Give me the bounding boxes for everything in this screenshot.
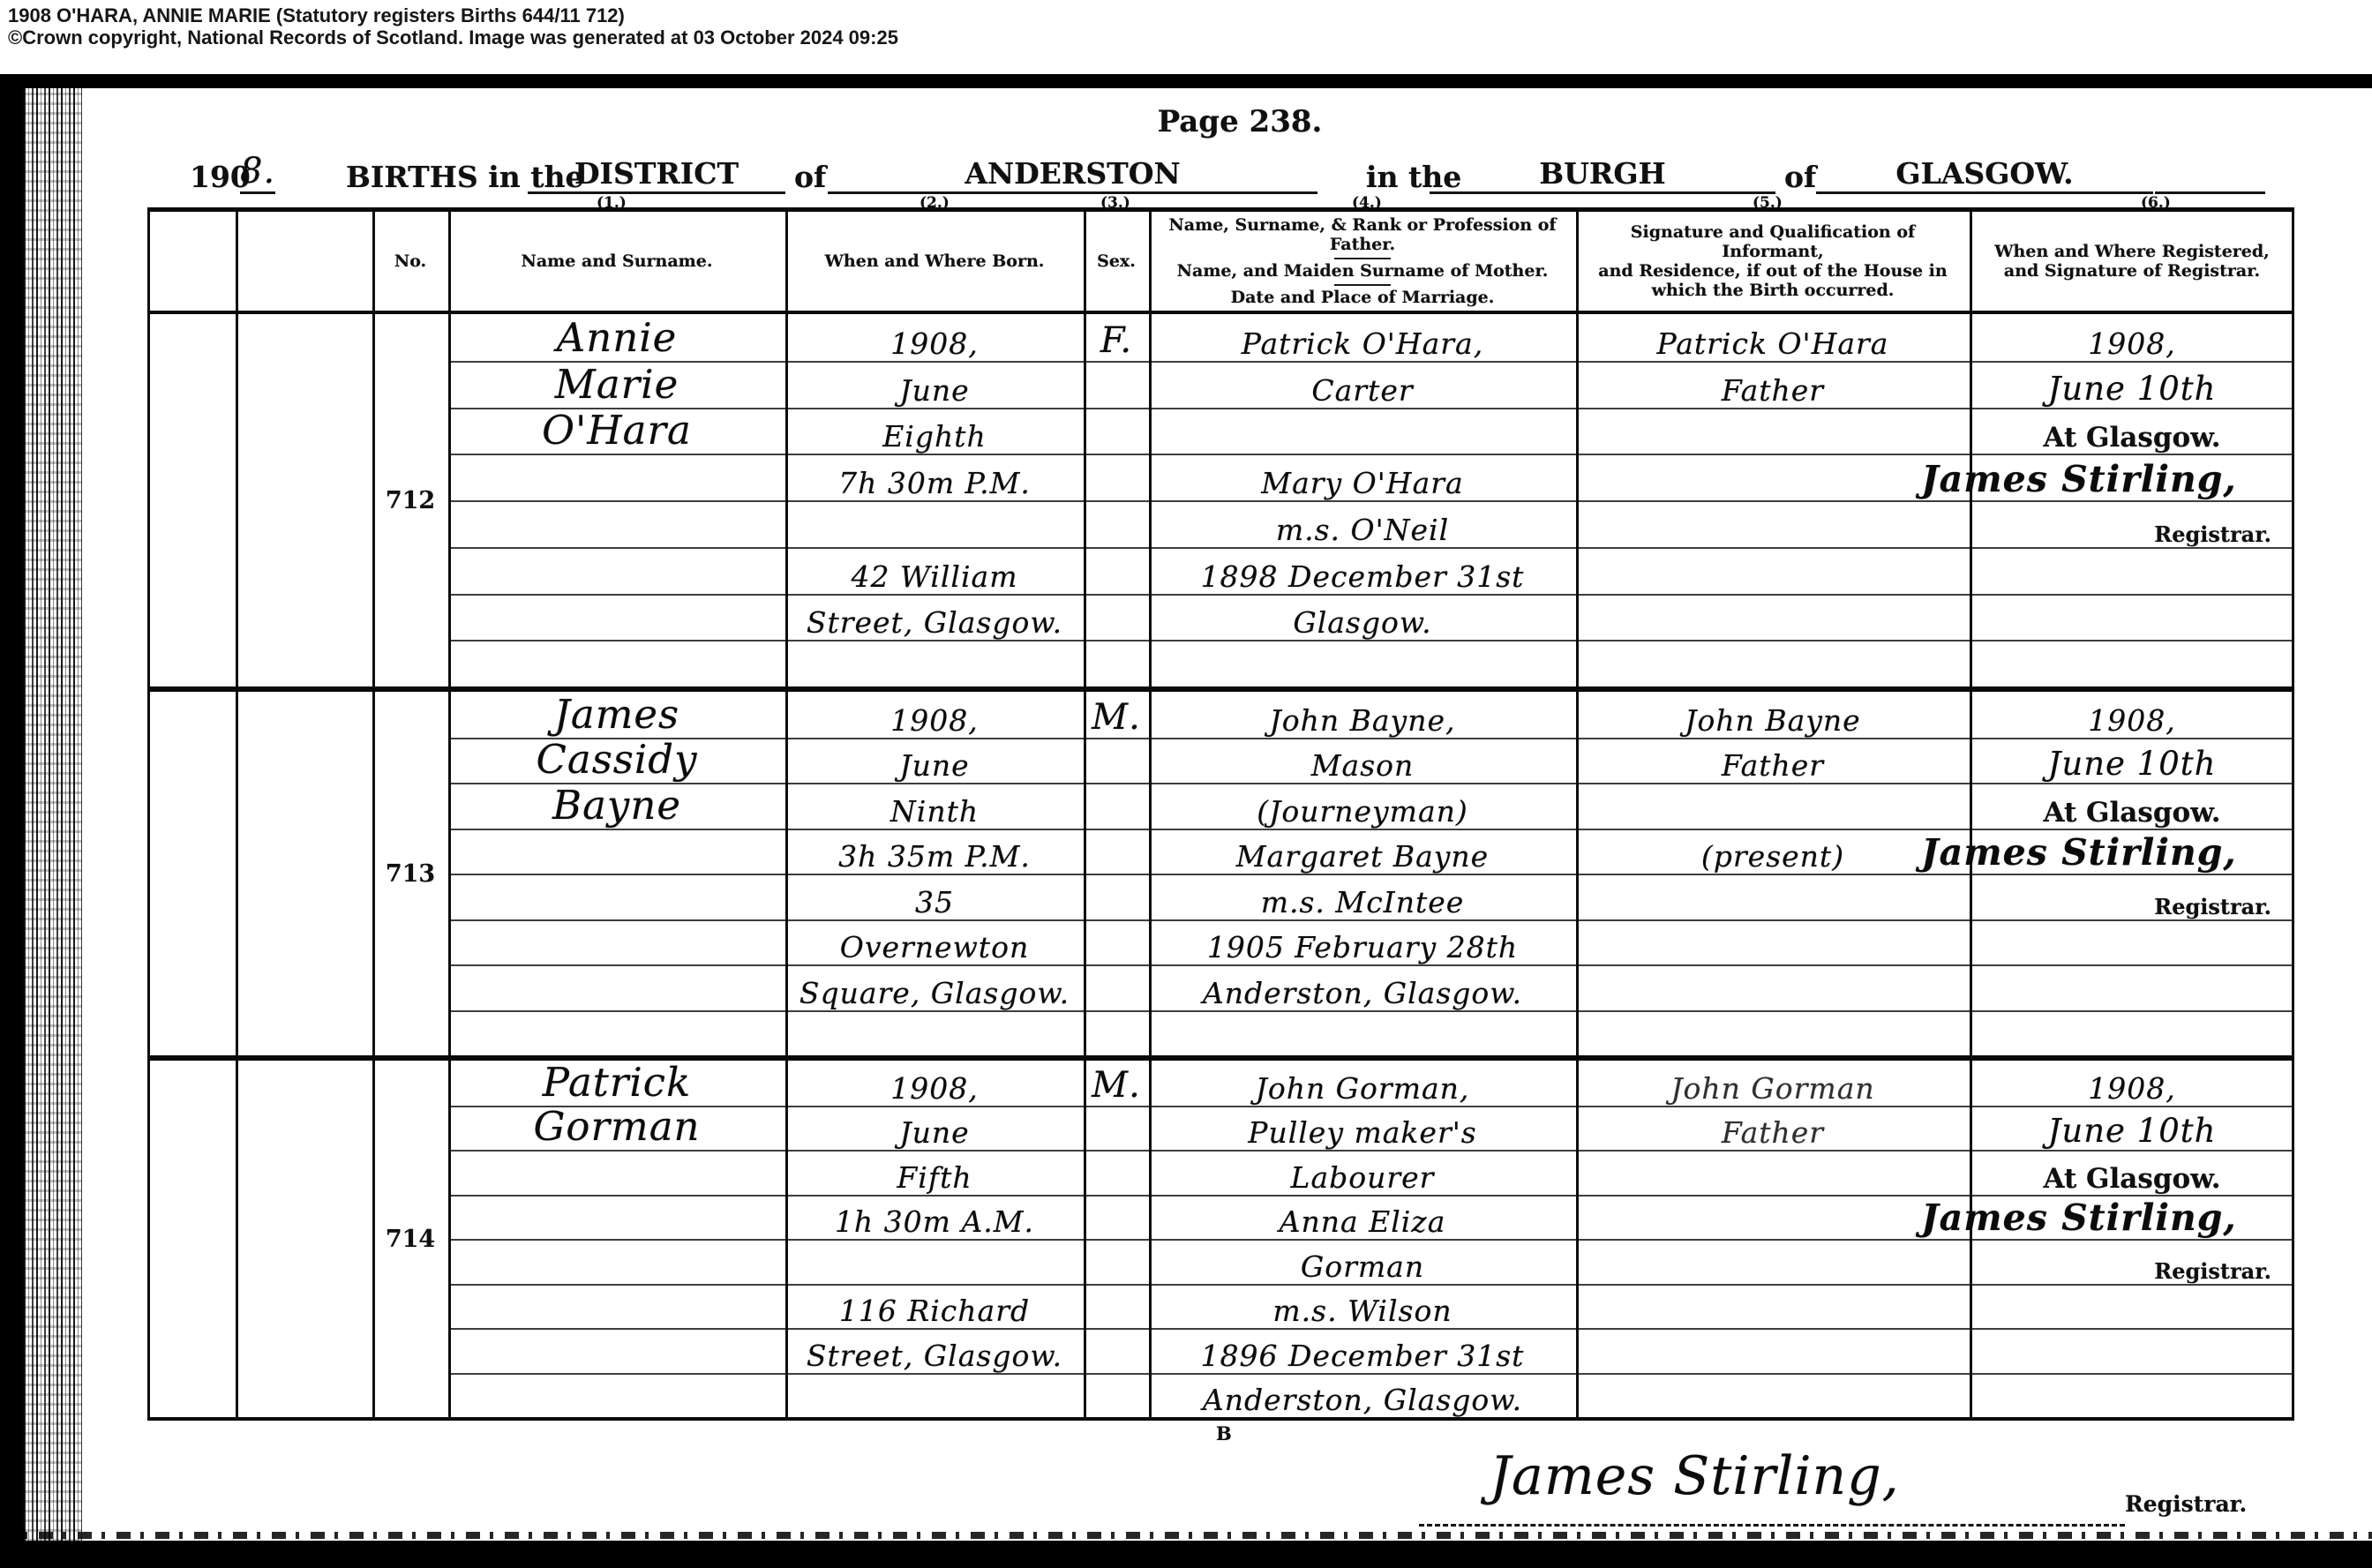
binding-texture: [24, 87, 82, 1542]
registrar-signature: James Stirling,: [1855, 1195, 2303, 1242]
born-line: Street, Glasgow.: [785, 1328, 1084, 1376]
parents-line: Mary O'Hara: [1149, 454, 1576, 503]
parents-line: Pulley maker's: [1149, 1106, 1576, 1153]
registered-line: June 10th: [1970, 1106, 2294, 1153]
parents-cell: John Bayne, Mason (Journeyman) Margaret …: [1149, 692, 1576, 1055]
viewer-copyright: ©Crown copyright, National Records of Sc…: [8, 26, 898, 49]
born-cell: 1908, June Eighth 7h 30m P.M. 42 William…: [785, 314, 1084, 686]
parents-line: John Bayne,: [1149, 692, 1576, 740]
parents-line: m.s. Wilson: [1149, 1284, 1576, 1332]
header-label: When and Where Born.: [825, 251, 1045, 271]
name-line: O'Hara: [448, 408, 785, 457]
register-table: No. Name and Surname. When and Where Bor…: [147, 207, 2294, 1421]
registrar-signature: James Stirling,: [1855, 454, 2303, 503]
name-line: Cassidy: [448, 738, 785, 786]
name-line: Marie: [448, 361, 785, 410]
born-line: 1908,: [785, 692, 1084, 740]
registered-line: At Glasgow.: [1970, 783, 2294, 831]
born-line: 1908,: [785, 1061, 1084, 1108]
title-of-2: of: [1784, 161, 1816, 194]
viewer-title: 1908 O'HARA, ANNIE MARIE (Statutory regi…: [8, 4, 625, 26]
sex-cell: M.: [1084, 692, 1149, 1055]
parents-line: John Gorman,: [1149, 1061, 1576, 1108]
parents-line: m.s. O'Neil: [1149, 500, 1576, 550]
column-header-name: Name and Surname.: [448, 213, 785, 310]
name-line: James: [448, 692, 785, 740]
header-label: Name, and Maiden Surname of Mother.: [1177, 261, 1549, 281]
registered-line: At Glasgow.: [1970, 408, 2294, 457]
sex-value: F.: [1084, 314, 1149, 364]
header-label: and Signature of Registrar.: [2004, 261, 2260, 281]
title-burgh-label: BURGH: [1430, 157, 1775, 194]
page-number: Page 238.: [1134, 104, 1346, 139]
registered-line: 1908,: [1970, 1061, 2294, 1108]
parents-line: Carter: [1149, 361, 1576, 410]
column-header-registered: When and Where Registered, and Signature…: [1974, 213, 2290, 310]
born-line: 42 William: [785, 547, 1084, 596]
born-line: June: [785, 1106, 1084, 1153]
sex-value: M.: [1084, 692, 1149, 740]
registered-cell: 1908, June 10th At Glasgow. James Stirli…: [1970, 314, 2294, 686]
born-line: June: [785, 738, 1084, 786]
column-header-sex: Sex.: [1084, 213, 1149, 310]
name-cell: Patrick Gorman: [448, 1061, 785, 1417]
registrar-label: Registrar.: [1970, 1239, 2294, 1287]
name-line: Patrick: [448, 1061, 785, 1108]
table-border-top: [147, 207, 2294, 212]
parents-line: Gorman: [1149, 1239, 1576, 1287]
header-label: When and Where Registered,: [1994, 242, 2270, 261]
entry-number: 713: [372, 692, 448, 1055]
registered-cell: 1908, June 10th At Glasgow. James Stirli…: [1970, 1061, 2294, 1417]
parents-line: Anderston, Glasgow.: [1149, 1373, 1576, 1421]
name-cell: James Cassidy Bayne: [448, 692, 785, 1055]
title-district-value: ANDERSTON: [828, 157, 1317, 194]
born-line: Street, Glasgow.: [785, 594, 1084, 643]
sex-cell: M.: [1084, 1061, 1149, 1417]
born-line: Overnewton: [785, 919, 1084, 968]
column-header-informant: Signature and Qualification of Informant…: [1580, 213, 1965, 310]
header-label: No.: [394, 251, 426, 271]
registered-line: June 10th: [1970, 361, 2294, 410]
registered-line: At Glasgow.: [1970, 1150, 2294, 1197]
born-line: Fifth: [785, 1150, 1084, 1197]
parents-cell: John Gorman, Pulley maker's Labourer Ann…: [1149, 1061, 1576, 1417]
title-district-label: DISTRICT: [528, 157, 785, 194]
informant-line: Father: [1576, 1106, 1970, 1153]
registrar-label: Registrar.: [1970, 500, 2294, 550]
informant-line: Patrick O'Hara: [1576, 314, 1970, 364]
born-line: 7h 30m P.M.: [785, 454, 1084, 503]
registered-cell: 1908, June 10th At Glasgow. James Stirli…: [1970, 692, 2294, 1055]
register-title: 190 8. BIRTHS in the DISTRICT of ANDERST…: [0, 143, 2372, 194]
title-of-1: of: [794, 161, 826, 194]
registered-line: June 10th: [1970, 738, 2294, 786]
parents-line: 1896 December 31st: [1149, 1328, 1576, 1376]
born-cell: 1908, June Fifth 1h 30m A.M. 116 Richard…: [785, 1061, 1084, 1417]
column-header-parents: Name, Surname, & Rank or Profession of F…: [1153, 213, 1572, 310]
informant-line: Father: [1576, 361, 1970, 410]
parents-line: m.s. McIntee: [1149, 874, 1576, 922]
born-line: 35: [785, 874, 1084, 922]
title-year-written: 8.: [240, 151, 275, 194]
parents-line: Anderston, Glasgow.: [1149, 964, 1576, 1013]
footer-registrar-signature: James Stirling,: [1490, 1445, 1900, 1507]
header-divider: [1334, 284, 1391, 286]
registrar-signature: James Stirling,: [1855, 829, 2303, 877]
born-line: Ninth: [785, 783, 1084, 831]
footer-signature-rule: [1419, 1524, 2125, 1527]
header-divider: [1334, 258, 1391, 259]
informant-line: John Gorman: [1576, 1061, 1970, 1108]
sheet-mark: B: [1216, 1422, 1232, 1444]
name-cell: Annie Marie O'Hara: [448, 314, 785, 686]
parents-line: 1905 February 28th: [1149, 919, 1576, 968]
header-label: which the Birth occurred.: [1652, 281, 1895, 300]
parents-line: Patrick O'Hara,: [1149, 314, 1576, 364]
parents-line: (Journeyman): [1149, 783, 1576, 831]
parents-line: Glasgow.: [1149, 594, 1576, 643]
registered-line: 1908,: [1970, 314, 2294, 364]
parents-line: 1898 December 31st: [1149, 547, 1576, 596]
header-label: Name, Surname, & Rank or Profession of F…: [1153, 215, 1572, 254]
born-line: Square, Glasgow.: [785, 964, 1084, 1013]
separator-bar-top: [0, 74, 2372, 88]
entry-number: 714: [372, 1061, 448, 1417]
parents-line: Labourer: [1149, 1150, 1576, 1197]
informant-line: John Bayne: [1576, 692, 1970, 740]
born-line: 3h 35m P.M.: [785, 829, 1084, 877]
born-line: 116 Richard: [785, 1284, 1084, 1332]
header-label: and Residence, if out of the House in: [1598, 261, 1947, 281]
title-burgh-value: GLASGOW.: [1816, 157, 2153, 194]
header-label: Sex.: [1097, 251, 1136, 271]
header-label: Signature and Qualification of Informant…: [1580, 222, 1965, 261]
sex-cell: F.: [1084, 314, 1149, 686]
parents-cell: Patrick O'Hara, Carter Mary O'Hara m.s. …: [1149, 314, 1576, 686]
born-line: June: [785, 361, 1084, 410]
header-label: Date and Place of Marriage.: [1231, 288, 1495, 307]
born-line: 1h 30m A.M.: [785, 1195, 1084, 1242]
column-header-born: When and Where Born.: [785, 213, 1084, 310]
registrar-label: Registrar.: [1970, 874, 2294, 922]
parents-line: Margaret Bayne: [1149, 829, 1576, 877]
born-line: 1908,: [785, 314, 1084, 364]
scan-left-edge: [0, 87, 24, 1568]
header-label: Name and Surname.: [522, 251, 713, 271]
scan-bottom-speckle: [0, 1532, 2372, 1539]
register-entry-712: 712 Annie Marie O'Hara 1908, June Eighth…: [147, 314, 2294, 686]
column-header-no: No.: [372, 213, 448, 310]
footer-registrar-label: Registrar.: [2125, 1491, 2247, 1517]
born-cell: 1908, June Ninth 3h 35m P.M. 35 Overnewt…: [785, 692, 1084, 1055]
name-line: Gorman: [448, 1106, 785, 1153]
register-entry-714: 714 Patrick Gorman 1908, June Fifth 1h 3…: [147, 1061, 2294, 1417]
born-line: Eighth: [785, 408, 1084, 457]
register-entry-713: 713 James Cassidy Bayne 1908, June Ninth…: [147, 692, 2294, 1055]
name-line: Annie: [448, 314, 785, 364]
parents-line: Anna Eliza: [1149, 1195, 1576, 1242]
registered-line: 1908,: [1970, 692, 2294, 740]
separator-bar-bottom: [0, 1541, 2372, 1568]
sex-value: M.: [1084, 1061, 1149, 1108]
informant-line: Father: [1576, 738, 1970, 786]
name-line: Bayne: [448, 783, 785, 831]
parents-line: Mason: [1149, 738, 1576, 786]
entry-number: 712: [372, 314, 448, 686]
